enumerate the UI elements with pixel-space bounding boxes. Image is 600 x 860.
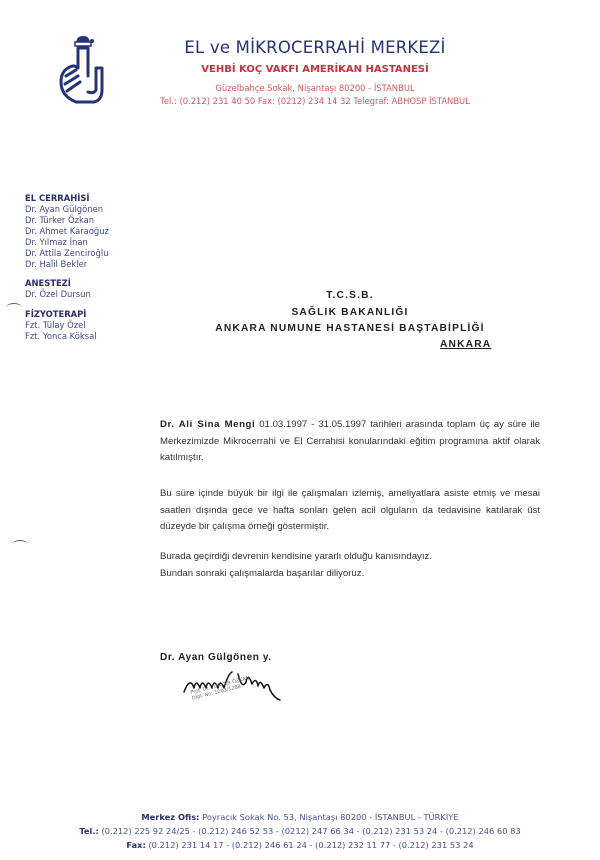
letterhead-subtitle: VEHBİ KOÇ VAKFI AMERİKAN HASTANESİ	[150, 64, 480, 75]
letterhead-address: Güzelbahçe Sokak, Nişantaşı 80200 - İSTA…	[150, 83, 480, 93]
recipient-line-2: SAĞLIK BAKANLIĞI	[180, 307, 520, 318]
recipient-line-3: ANKARA NUMUNE HASTANESİ BAŞTABİPLİĞİ	[180, 323, 520, 334]
letterhead-contact: Tel.: (0.212) 231 40 50 Fax: (0212) 234 …	[110, 96, 520, 106]
footer-fax-numbers: (0.212) 231 14 17 - (0.212) 246 61 24 - …	[146, 840, 474, 850]
staff-member: Dr. Halil Bekler	[25, 259, 109, 270]
punch-hole-mark	[12, 540, 28, 549]
body-paragraph-3: Burada geçirdiği devrenin kendisine yara…	[160, 549, 540, 582]
body-paragraph-1: Dr. Ali Sina Mengi 01.03.1997 - 31.05.19…	[160, 417, 540, 467]
closing-line-1: Burada geçirdiği devrenin kendisine yara…	[160, 549, 540, 566]
footer-office-label: Merkez Ofis:	[141, 812, 199, 822]
body-paragraph-2: Bu süre içinde büyük bir ilgi ile çalışm…	[160, 486, 540, 536]
staff-section-hand-surgery: EL CERRAHİSİ Dr. Ayan Gülgönen Dr. Türke…	[25, 193, 109, 270]
footer-tel-label: Tel.:	[79, 826, 99, 836]
footer-tel: Tel.: (0.212) 225 92 24/25 - (0.212) 246…	[0, 826, 600, 836]
letterhead-title: EL ve MİKROCERRAHİ MERKEZİ	[150, 38, 480, 57]
footer-fax: Fax: (0.212) 231 14 17 - (0.212) 246 61 …	[0, 840, 600, 850]
footer-fax-label: Fax:	[126, 840, 145, 850]
section-heading: ANESTEZİ	[25, 278, 91, 289]
hand-finger-logo-icon	[58, 34, 108, 106]
closing-line-2: Bundan sonraki çalışmalarda başarılar di…	[160, 566, 540, 583]
staff-member: Fzt. Yonca Köksal	[25, 331, 97, 342]
staff-member: Dr. Ahmet Karaoğuz	[25, 226, 109, 237]
staff-member: Dr. Özel Dursun	[25, 289, 91, 300]
staff-member: Dr. Ayan Gülgönen	[25, 204, 109, 215]
footer-office-address: Poyracık Sokak No. 53, Nişantaşı 80200 -…	[199, 812, 458, 822]
footer-office: Merkez Ofis: Poyracık Sokak No. 53, Nişa…	[0, 812, 600, 822]
recipient-line-1: T.C.S.B.	[180, 290, 520, 301]
staff-member: Dr. Attila Zenciroğlu	[25, 248, 109, 259]
footer-tel-numbers: (0.212) 225 92 24/25 - (0.212) 246 52 53…	[99, 826, 521, 836]
trainee-name: Dr. Ali Sina Mengi	[160, 419, 255, 430]
signer-name: Dr. Ayan Gülgönen y.	[160, 652, 272, 663]
staff-member: Dr. Yılmaz İnan	[25, 237, 109, 248]
section-heading: FİZYOTERAPİ	[25, 309, 97, 320]
staff-member: Fzt. Tülay Özel	[25, 320, 97, 331]
staff-section-physiotherapy: FİZYOTERAPİ Fzt. Tülay Özel Fzt. Yonca K…	[25, 309, 97, 342]
staff-member: Dr. Türker Özkan	[25, 215, 109, 226]
section-heading: EL CERRAHİSİ	[25, 193, 109, 204]
recipient-city: ANKARA	[440, 339, 491, 350]
punch-hole-mark	[6, 303, 22, 312]
staff-section-anesthesia: ANESTEZİ Dr. Özel Dursun	[25, 278, 91, 300]
